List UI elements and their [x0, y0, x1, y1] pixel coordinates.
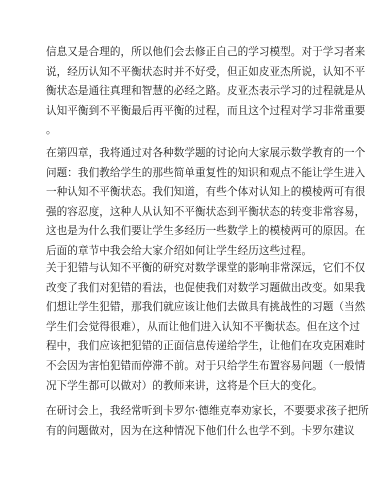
text-line: 强的容忍度，这种人从认知不平衡状态到平衡状态的转变非常容易，: [46, 203, 326, 223]
text-line: 这也是为什么我们要让学生多经历一些数学上的模棱两可的原因。在: [46, 222, 326, 242]
paragraph-2: 在第四章，我将通过对各种数学题的讨论向大家展示数学教育的一个 问题：我们教给学生…: [46, 144, 326, 262]
text-line: 学生们会觉得很难），从而让他们进入认知不平衡状态。但在这个过: [46, 318, 326, 338]
text-line: 改变了我们对犯错的看法，也促使我们对数学习题做出改变。如果我: [46, 279, 326, 299]
text-line: 们想让学生犯错，那我们就应该让他们去做具有挑战性的习题（当然: [46, 298, 326, 318]
text-line: 在第四章，我将通过对各种数学题的讨论向大家展示数学教育的一个: [46, 144, 326, 164]
paragraph-3: 关于犯错与认知不平衡的研究对数学课堂的影响非常深远，它们不仅 改变了我们对犯错的…: [46, 259, 326, 396]
text-line: 衡状态是通往真理和智慧的必经之路。皮亚杰表示学习的过程就是从: [46, 82, 326, 102]
text-line: 问题：我们教给学生的那些简单重复性的知识和观点不能让学生进入: [46, 164, 326, 184]
paragraph-1: 信息又是合理的，所以他们会去修正自己的学习模型。对于学习者来 说，经历认知不平衡…: [46, 43, 326, 141]
paragraph-4: 在研讨会上，我经常听到卡罗尔·德维克奉劝家长，不要要求孩子把所 有的问题做对，因…: [46, 402, 326, 441]
text-line: 信息又是合理的，所以他们会去修正自己的学习模型。对于学习者来: [46, 43, 326, 63]
text-line: 程中，我们应该把犯错的正面信息传递给学生，让他们在攻克困难时: [46, 337, 326, 357]
document-page: 信息又是合理的，所以他们会去修正自己的学习模型。对于学习者来 说，经历认知不平衡…: [0, 0, 370, 480]
text-line: 认知平衡到不平衡最后再平衡的过程，而且这个过程对学习非常重要: [46, 102, 326, 122]
text-line: 在研讨会上，我经常听到卡罗尔·德维克奉劝家长，不要要求孩子把所: [46, 402, 326, 422]
text-line: 一种认知不平衡状态。我们知道，有些个体对认知上的模棱两可有很: [46, 183, 326, 203]
text-line: 不会因为害怕犯错而停滞不前。对于只给学生布置容易问题（一般情: [46, 357, 326, 377]
text-line: 有的问题做对，因为在这种情况下他们什么也学不到。卡罗尔建议: [46, 422, 326, 442]
text-line: 况下学生都可以做对）的教师来讲，这将是个巨大的变化。: [46, 377, 326, 397]
text-line: 关于犯错与认知不平衡的研究对数学课堂的影响非常深远，它们不仅: [46, 259, 326, 279]
text-line: 说，经历认知不平衡状态时并不好受，但正如皮亚杰所说，认知不平: [46, 63, 326, 83]
text-line: 。: [46, 121, 326, 141]
